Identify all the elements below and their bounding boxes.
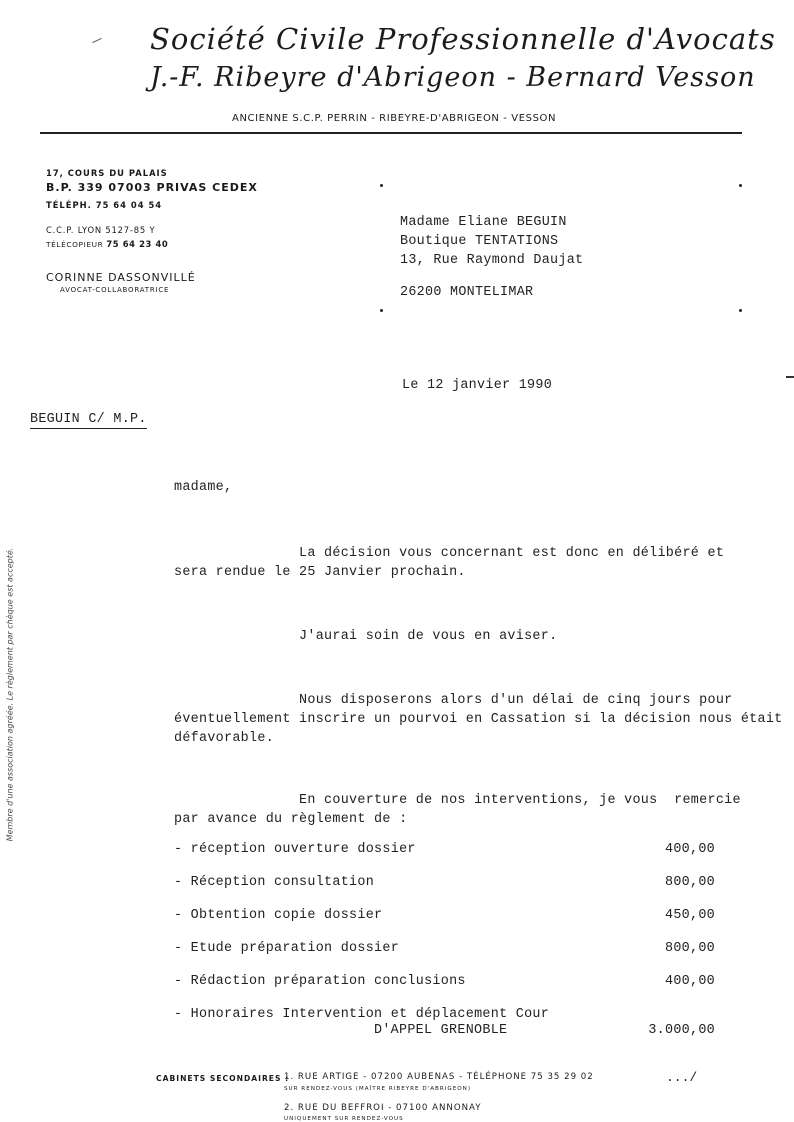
sender-fax-number: 75 64 23 40 [106, 239, 168, 249]
sender-fax-label: Télécopieur [46, 240, 103, 249]
recipient-street: 13, Rue Raymond Daujat [400, 251, 583, 270]
fee-label-continued: D'APPEL GRENOBLE [374, 1023, 507, 1038]
sender-street: 17, Cours du Palais [46, 168, 168, 178]
letterhead-firm-type: Société Civile Professionnelle d'Avocats [150, 22, 776, 56]
fee-label: - réception ouverture dossier [174, 842, 416, 857]
fee-amount: 400,00 [665, 974, 715, 989]
footer-office-1: 1. Rue Artige - 07200 AUBENAS - Téléphon… [284, 1072, 594, 1082]
paragraph-payment: En couverture de nos interventions, je v… [174, 791, 741, 829]
salutation: madame, [174, 480, 232, 495]
recipient-company: Boutique TENTATIONS [400, 232, 583, 251]
window-mark-tr [739, 184, 742, 187]
fee-amount: 800,00 [665, 941, 715, 956]
fee-label: - Réception consultation [174, 875, 374, 890]
continued-marker: .../ [666, 1070, 697, 1085]
side-note: Membre d'une association agréée. Le règl… [6, 515, 15, 875]
recipient-name: Madame Eliane BEGUIN [400, 213, 583, 232]
sender-fax: Télécopieur 75 64 23 40 [46, 239, 168, 249]
sender-ccp: C.C.P. LYON 5127-85 Y [46, 225, 155, 235]
sender-phone: TÉLÉPH. 75 64 04 54 [46, 200, 162, 210]
sender-lawyer-name: Corinne DASSONVILLÉ [46, 271, 196, 284]
fold-mark [786, 376, 794, 378]
letter-date: Le 12 janvier 1990 [402, 378, 552, 393]
fee-amount: 800,00 [665, 875, 715, 890]
header-rule [40, 132, 742, 134]
fee-label: - Etude préparation dossier [174, 941, 399, 956]
sender-lawyer-title: Avocat-Collaboratrice [60, 286, 169, 294]
footer-office-2: 2. Rue du Beffroi - 07100 ANNONAY [284, 1103, 482, 1113]
fee-amount: 450,00 [665, 908, 715, 923]
footer-cabinets-label: Cabinets secondaires : [156, 1074, 289, 1083]
footer-office-1-note: sur rendez-vous (Maître Ribeyre d'Abrige… [284, 1086, 471, 1092]
recipient-block: Madame Eliane BEGUIN Boutique TENTATIONS… [400, 213, 583, 302]
sender-bp: B.P. 339 07003 PRIVAS CEDEX [46, 181, 258, 194]
case-reference: BEGUIN C/ M.P. [30, 412, 147, 429]
letterhead-partners: J.-F. Ribeyre d'Abrigeon - Bernard Vesso… [150, 62, 756, 93]
fee-label: - Obtention copie dossier [174, 908, 382, 923]
window-mark-tl [380, 184, 383, 187]
recipient-city: 26200 MONTELIMAR [400, 283, 583, 302]
paragraph-cassation: Nous disposerons alors d'un délai de cin… [174, 691, 783, 748]
paper-speck [92, 38, 101, 43]
paragraph-notify: J'aurai soin de vous en aviser. [174, 627, 557, 646]
paragraph-deliberation: La décision vous concernant est donc en … [174, 544, 724, 582]
fee-amount: 3.000,00 [648, 1023, 715, 1038]
fee-label: - Rédaction préparation conclusions [174, 974, 466, 989]
letterhead-former-firm: Ancienne S.C.P. PERRIN - RIBEYRE-D'ABRIG… [232, 113, 556, 124]
footer-office-2-note: uniquement sur rendez-vous [284, 1116, 404, 1122]
window-mark-br [739, 309, 742, 312]
fee-label: - Honoraires Intervention et déplacement… [174, 1007, 549, 1022]
fee-amount: 400,00 [665, 842, 715, 857]
window-mark-bl [380, 309, 383, 312]
